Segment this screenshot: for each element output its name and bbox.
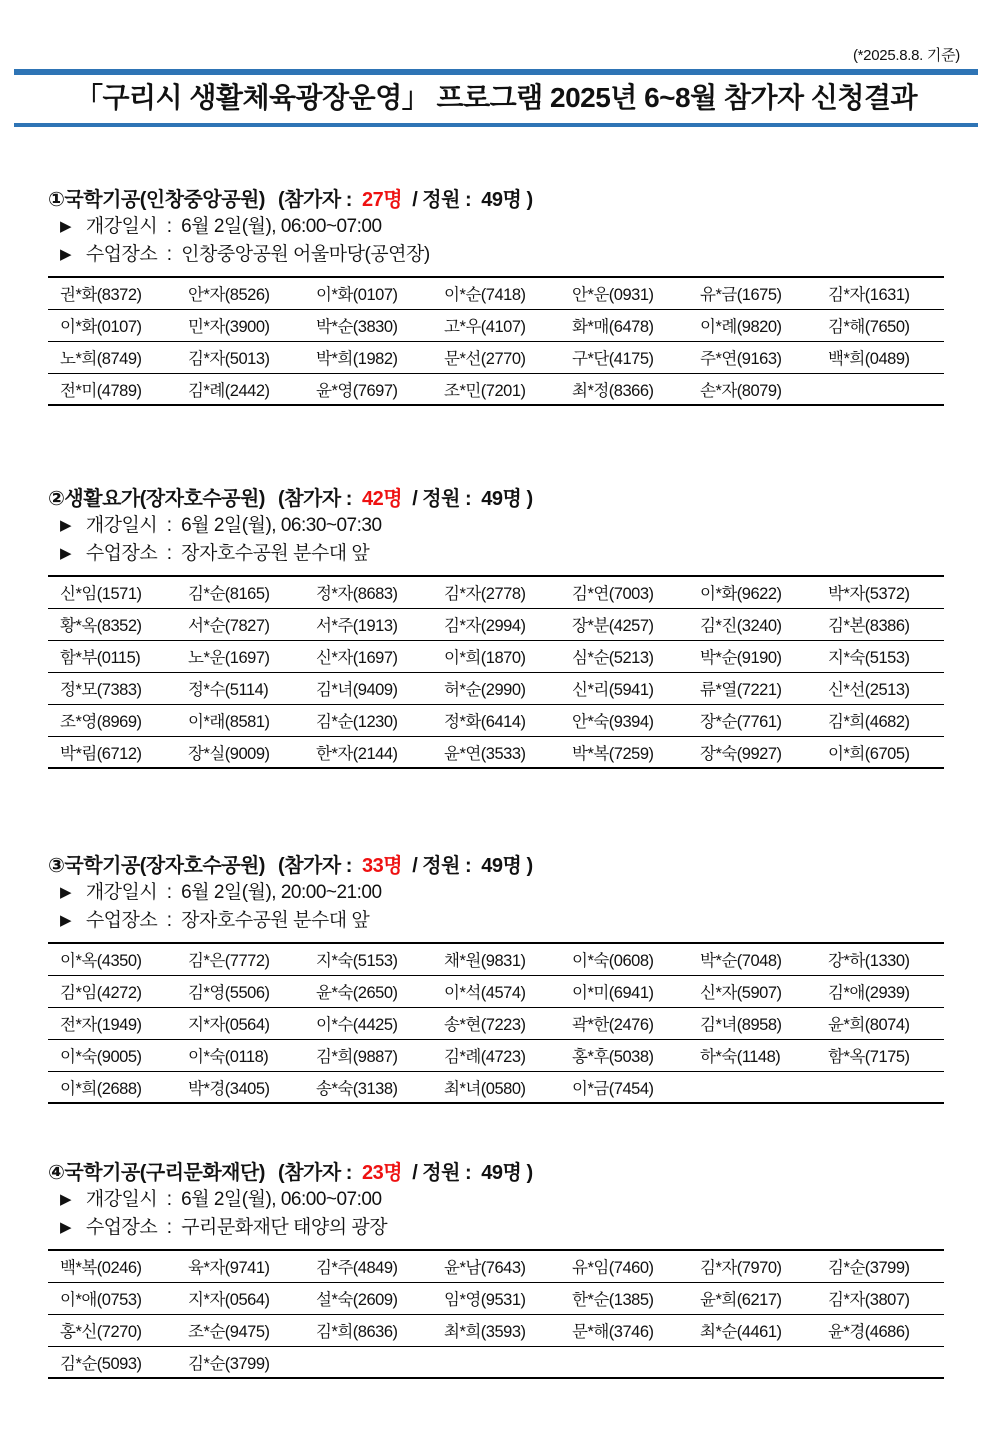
participant-row: 홍*신(7270)조*순(9475)김*희(8636)최*희(3593)문*해(… — [48, 1314, 944, 1346]
location-label: 수업장소 — [86, 244, 157, 265]
participant-cell: 홍*신(7270) — [48, 1314, 176, 1346]
participant-cell: 이*미(6941) — [560, 975, 688, 1007]
participant-cell: 노*운(1697) — [176, 640, 304, 672]
bullet-icon: ▶ — [60, 1219, 71, 1236]
participant-cell: 장*실(9009) — [176, 736, 304, 768]
bullet-icon: ▶ — [60, 246, 71, 263]
participant-cell: 심*순(5213) — [560, 640, 688, 672]
program-heading: ①국학기공(인창중앙공원) (참가자 : 27명 / 정원 : 49명 ) — [48, 187, 944, 213]
participant-cell: 박*순(9190) — [688, 640, 816, 672]
participant-cell: 손*자(8079) — [688, 373, 816, 405]
schedule-label: 개강일시 — [86, 1189, 157, 1210]
stats-mid-text: / 정원 : — [407, 488, 476, 510]
schedule-line: ▶ 개강일시 : 6월 2일(월), 20:00~21:00 — [48, 879, 944, 907]
participant-cell: 이*래(8581) — [176, 704, 304, 736]
participant-cell: 하*숙(1148) — [688, 1039, 816, 1071]
program-section: ③국학기공(장자호수공원) (참가자 : 33명 / 정원 : 49명 ) ▶ … — [48, 853, 944, 1104]
participants-count: 27명 — [362, 189, 402, 211]
participant-cell: 박*자(5372) — [816, 576, 944, 608]
capacity-count: 49명 — [481, 488, 521, 510]
bullet-icon: ▶ — [60, 1191, 71, 1208]
participants-count: 42명 — [362, 488, 402, 510]
participant-cell: 김*녀(9409) — [304, 672, 432, 704]
participant-cell: 이*숙(9005) — [48, 1039, 176, 1071]
participant-table-body: 백*복(0246)육*자(9741)김*주(4849)윤*남(7643)유*임(… — [48, 1250, 944, 1378]
participant-cell: 장*숙(9927) — [688, 736, 816, 768]
location-colon: : — [162, 1217, 176, 1238]
participant-table-body: 신*임(1571)김*순(8165)정*자(8683)김*자(2778)김*연(… — [48, 576, 944, 768]
participant-table-body: 권*화(8372)안*자(8526)이*화(0107)이*순(7418)안*운(… — [48, 277, 944, 405]
participant-cell: 백*복(0246) — [48, 1250, 176, 1282]
participant-cell: 신*선(2513) — [816, 672, 944, 704]
location-value: 장자호수공원 분수대 앞 — [181, 910, 369, 931]
participant-cell — [816, 1346, 944, 1378]
participant-cell — [688, 1071, 816, 1103]
participant-cell: 홍*후(5038) — [560, 1039, 688, 1071]
participant-cell: 이*순(7418) — [432, 277, 560, 309]
participant-cell: 김*순(1230) — [304, 704, 432, 736]
participant-cell: 유*금(1675) — [688, 277, 816, 309]
participants-count: 33명 — [362, 855, 402, 877]
participant-cell: 이*금(7454) — [560, 1071, 688, 1103]
participant-cell: 임*영(9531) — [432, 1282, 560, 1314]
participant-cell: 김*례(4723) — [432, 1039, 560, 1071]
participant-cell: 이*례(9820) — [688, 309, 816, 341]
participants-count: 23명 — [362, 1162, 402, 1184]
participant-cell: 채*원(9831) — [432, 943, 560, 975]
participant-cell: 황*옥(8352) — [48, 608, 176, 640]
reference-date: (*2025.8.8. 기준) — [48, 44, 960, 65]
participant-cell: 김*본(8386) — [816, 608, 944, 640]
participant-cell: 육*자(9741) — [176, 1250, 304, 1282]
participant-cell: 주*연(9163) — [688, 341, 816, 373]
stats-open-text: (참가자 : — [278, 855, 357, 877]
stats-mid-text: / 정원 : — [407, 189, 476, 211]
participant-cell: 전*자(1949) — [48, 1007, 176, 1039]
participant-cell: 서*순(7827) — [176, 608, 304, 640]
participant-row: 이*숙(9005)이*숙(0118)김*희(9887)김*례(4723)홍*후(… — [48, 1039, 944, 1071]
participant-cell: 김*자(2778) — [432, 576, 560, 608]
participant-cell: 안*자(8526) — [176, 277, 304, 309]
participant-cell: 지*숙(5153) — [816, 640, 944, 672]
participant-cell: 고*우(4107) — [432, 309, 560, 341]
participant-cell: 김*자(1631) — [816, 277, 944, 309]
participant-cell — [816, 373, 944, 405]
participant-cell: 민*자(3900) — [176, 309, 304, 341]
schedule-value: 6월 2일(월), 20:00~21:00 — [181, 882, 381, 903]
participant-cell: 이*화(0107) — [304, 277, 432, 309]
participant-cell: 이*화(9622) — [688, 576, 816, 608]
participant-cell: 김*연(7003) — [560, 576, 688, 608]
participant-cell: 김*해(7650) — [816, 309, 944, 341]
participant-cell: 한*순(1385) — [560, 1282, 688, 1314]
participant-cell: 박*순(3830) — [304, 309, 432, 341]
location-line: ▶ 수업장소 : 장자호수공원 분수대 앞 — [48, 540, 944, 568]
participant-cell: 허*순(2990) — [432, 672, 560, 704]
participant-row: 박*림(6712)장*실(9009)한*자(2144)윤*연(3533)박*복(… — [48, 736, 944, 768]
participant-cell: 조*순(9475) — [176, 1314, 304, 1346]
capacity-count: 49명 — [481, 1162, 521, 1184]
participant-cell: 함*부(0115) — [48, 640, 176, 672]
participant-cell: 문*선(2770) — [432, 341, 560, 373]
participant-cell: 박*복(7259) — [560, 736, 688, 768]
participant-row: 김*임(4272)김*영(5506)윤*숙(2650)이*석(4574)이*미(… — [48, 975, 944, 1007]
participant-cell: 신*자(1697) — [304, 640, 432, 672]
participant-cell: 이*숙(0608) — [560, 943, 688, 975]
participant-row: 황*옥(8352)서*순(7827)서*주(1913)김*자(2994)장*분(… — [48, 608, 944, 640]
participant-table: 신*임(1571)김*순(8165)정*자(8683)김*자(2778)김*연(… — [48, 575, 944, 769]
participant-row: 신*임(1571)김*순(8165)정*자(8683)김*자(2778)김*연(… — [48, 576, 944, 608]
participant-cell: 김*순(8165) — [176, 576, 304, 608]
participant-cell: 김*자(3807) — [816, 1282, 944, 1314]
location-value: 구리문화재단 태양의 광장 — [181, 1217, 387, 1238]
program-title: ④국학기공(구리문화재단) — [48, 1162, 265, 1184]
participant-cell: 김*순(5093) — [48, 1346, 176, 1378]
participant-cell — [304, 1346, 432, 1378]
capacity-count: 49명 — [481, 189, 521, 211]
participant-cell: 장*순(7761) — [688, 704, 816, 736]
stats-close-text: ) — [526, 488, 532, 510]
participant-cell: 이*옥(4350) — [48, 943, 176, 975]
participant-cell: 정*자(8683) — [304, 576, 432, 608]
participant-row: 전*미(4789)김*례(2442)윤*영(7697)조*민(7201)최*정(… — [48, 373, 944, 405]
document-page: (*2025.8.8. 기준) 「구리시 생활체육광장운영」 프로그램 2025… — [0, 44, 992, 1419]
participant-row: 함*부(0115)노*운(1697)신*자(1697)이*희(1870)심*순(… — [48, 640, 944, 672]
program-section: ①국학기공(인창중앙공원) (참가자 : 27명 / 정원 : 49명 ) ▶ … — [48, 187, 944, 406]
participant-cell: 윤*영(7697) — [304, 373, 432, 405]
participant-cell: 전*미(4789) — [48, 373, 176, 405]
participant-cell: 김*주(4849) — [304, 1250, 432, 1282]
participant-cell: 문*해(3746) — [560, 1314, 688, 1346]
participant-table-body: 이*옥(4350)김*은(7772)지*숙(5153)채*원(9831)이*숙(… — [48, 943, 944, 1103]
bullet-icon: ▶ — [60, 912, 71, 929]
participant-row: 권*화(8372)안*자(8526)이*화(0107)이*순(7418)안*운(… — [48, 277, 944, 309]
participant-cell: 이*희(6705) — [816, 736, 944, 768]
participant-cell: 안*운(0931) — [560, 277, 688, 309]
participant-row: 전*자(1949)지*자(0564)이*수(4425)송*현(7223)곽*한(… — [48, 1007, 944, 1039]
participant-cell: 이*숙(0118) — [176, 1039, 304, 1071]
stats-open-text: (참가자 : — [278, 1162, 357, 1184]
participant-cell: 화*매(6478) — [560, 309, 688, 341]
participant-cell: 이*애(0753) — [48, 1282, 176, 1314]
participant-table: 백*복(0246)육*자(9741)김*주(4849)윤*남(7643)유*임(… — [48, 1249, 944, 1379]
participant-row: 조*영(8969)이*래(8581)김*순(1230)정*화(6414)안*숙(… — [48, 704, 944, 736]
participant-cell: 박*순(7048) — [688, 943, 816, 975]
participant-cell: 최*희(3593) — [432, 1314, 560, 1346]
participant-cell: 김*희(9887) — [304, 1039, 432, 1071]
participant-cell: 유*임(7460) — [560, 1250, 688, 1282]
participant-cell: 박*경(3405) — [176, 1071, 304, 1103]
participant-row: 김*순(5093)김*순(3799) — [48, 1346, 944, 1378]
stats-open-text: (참가자 : — [278, 488, 357, 510]
schedule-colon: : — [162, 882, 176, 903]
location-line: ▶ 수업장소 : 장자호수공원 분수대 앞 — [48, 907, 944, 935]
participant-cell: 박*림(6712) — [48, 736, 176, 768]
participant-cell: 김*은(7772) — [176, 943, 304, 975]
participant-cell: 조*영(8969) — [48, 704, 176, 736]
stats-mid-text: / 정원 : — [407, 1162, 476, 1184]
schedule-value: 6월 2일(월), 06:30~07:30 — [181, 515, 381, 536]
participant-cell: 이*수(4425) — [304, 1007, 432, 1039]
schedule-value: 6월 2일(월), 06:00~07:00 — [181, 1189, 381, 1210]
participant-cell: 정*모(7383) — [48, 672, 176, 704]
participant-cell: 백*희(0489) — [816, 341, 944, 373]
participant-cell: 김*녀(8958) — [688, 1007, 816, 1039]
participant-cell: 김*자(5013) — [176, 341, 304, 373]
participant-cell: 구*단(4175) — [560, 341, 688, 373]
participant-cell: 송*숙(3138) — [304, 1071, 432, 1103]
participant-cell — [560, 1346, 688, 1378]
participant-cell: 윤*경(4686) — [816, 1314, 944, 1346]
stats-close-text: ) — [526, 189, 532, 211]
participant-cell: 정*화(6414) — [432, 704, 560, 736]
participant-row: 노*희(8749)김*자(5013)박*희(1982)문*선(2770)구*단(… — [48, 341, 944, 373]
participant-cell: 송*현(7223) — [432, 1007, 560, 1039]
schedule-colon: : — [162, 515, 176, 536]
participant-row: 백*복(0246)육*자(9741)김*주(4849)윤*남(7643)유*임(… — [48, 1250, 944, 1282]
stats-open-text: (참가자 : — [278, 189, 357, 211]
participant-cell: 최*정(8366) — [560, 373, 688, 405]
participant-cell: 윤*희(6217) — [688, 1282, 816, 1314]
participant-cell: 김*순(3799) — [816, 1250, 944, 1282]
participant-cell: 지*숙(5153) — [304, 943, 432, 975]
program-sections: ①국학기공(인창중앙공원) (참가자 : 27명 / 정원 : 49명 ) ▶ … — [48, 187, 944, 1379]
participant-cell: 김*희(4682) — [816, 704, 944, 736]
schedule-line: ▶ 개강일시 : 6월 2일(월), 06:00~07:00 — [48, 1186, 944, 1214]
schedule-colon: : — [162, 216, 176, 237]
participant-cell: 윤*연(3533) — [432, 736, 560, 768]
location-colon: : — [162, 244, 176, 265]
participant-cell: 박*희(1982) — [304, 341, 432, 373]
location-label: 수업장소 — [86, 543, 157, 564]
location-value: 장자호수공원 분수대 앞 — [181, 543, 369, 564]
participant-cell: 이*희(1870) — [432, 640, 560, 672]
schedule-value: 6월 2일(월), 06:00~07:00 — [181, 216, 381, 237]
participant-cell: 노*희(8749) — [48, 341, 176, 373]
location-value: 인창중앙공원 어울마당(공연장) — [181, 244, 430, 265]
participant-cell: 류*열(7221) — [688, 672, 816, 704]
participant-cell: 김*진(3240) — [688, 608, 816, 640]
participant-cell: 신*자(5907) — [688, 975, 816, 1007]
participant-cell — [688, 1346, 816, 1378]
program-section: ④국학기공(구리문화재단) (참가자 : 23명 / 정원 : 49명 ) ▶ … — [48, 1160, 944, 1379]
program-heading: ③국학기공(장자호수공원) (참가자 : 33명 / 정원 : 49명 ) — [48, 853, 944, 879]
bullet-icon: ▶ — [60, 884, 71, 901]
participant-cell: 정*수(5114) — [176, 672, 304, 704]
document-title: 「구리시 생활체육광장운영」 프로그램 2025년 6~8월 참가자 신청결과 — [20, 80, 972, 116]
participant-cell: 신*리(5941) — [560, 672, 688, 704]
participant-cell: 권*화(8372) — [48, 277, 176, 309]
program-heading: ④국학기공(구리문화재단) (참가자 : 23명 / 정원 : 49명 ) — [48, 1160, 944, 1186]
participant-cell: 설*숙(2609) — [304, 1282, 432, 1314]
stats-mid-text: / 정원 : — [407, 855, 476, 877]
participant-row: 이*옥(4350)김*은(7772)지*숙(5153)채*원(9831)이*숙(… — [48, 943, 944, 975]
schedule-line: ▶ 개강일시 : 6월 2일(월), 06:30~07:30 — [48, 512, 944, 540]
participant-row: 정*모(7383)정*수(5114)김*녀(9409)허*순(2990)신*리(… — [48, 672, 944, 704]
program-heading: ②생활요가(장자호수공원) (참가자 : 42명 / 정원 : 49명 ) — [48, 486, 944, 512]
participant-cell: 이*희(2688) — [48, 1071, 176, 1103]
participant-cell: 지*자(0564) — [176, 1282, 304, 1314]
participant-row: 이*화(0107)민*자(3900)박*순(3830)고*우(4107)화*매(… — [48, 309, 944, 341]
schedule-label: 개강일시 — [86, 882, 157, 903]
participant-cell: 함*옥(7175) — [816, 1039, 944, 1071]
location-label: 수업장소 — [86, 1217, 157, 1238]
participant-cell: 김*순(3799) — [176, 1346, 304, 1378]
schedule-line: ▶ 개강일시 : 6월 2일(월), 06:00~07:00 — [48, 213, 944, 241]
participant-cell: 강*하(1330) — [816, 943, 944, 975]
participant-cell: 윤*희(8074) — [816, 1007, 944, 1039]
program-section: ②생활요가(장자호수공원) (참가자 : 42명 / 정원 : 49명 ) ▶ … — [48, 486, 944, 769]
participant-table: 이*옥(4350)김*은(7772)지*숙(5153)채*원(9831)이*숙(… — [48, 942, 944, 1104]
participant-cell: 최*순(4461) — [688, 1314, 816, 1346]
participant-cell: 신*임(1571) — [48, 576, 176, 608]
participant-cell: 최*녀(0580) — [432, 1071, 560, 1103]
participant-cell: 김*임(4272) — [48, 975, 176, 1007]
participant-cell: 조*민(7201) — [432, 373, 560, 405]
schedule-label: 개강일시 — [86, 515, 157, 536]
participant-cell — [816, 1071, 944, 1103]
location-label: 수업장소 — [86, 910, 157, 931]
participant-cell: 김*례(2442) — [176, 373, 304, 405]
participant-cell: 이*화(0107) — [48, 309, 176, 341]
program-title: ②생활요가(장자호수공원) — [48, 488, 265, 510]
participant-cell: 윤*숙(2650) — [304, 975, 432, 1007]
location-colon: : — [162, 910, 176, 931]
schedule-colon: : — [162, 1189, 176, 1210]
program-title: ①국학기공(인창중앙공원) — [48, 189, 265, 211]
participant-cell — [432, 1346, 560, 1378]
participant-cell: 윤*남(7643) — [432, 1250, 560, 1282]
participant-cell: 이*석(4574) — [432, 975, 560, 1007]
participant-row: 이*희(2688)박*경(3405)송*숙(3138)최*녀(0580)이*금(… — [48, 1071, 944, 1103]
participant-cell: 김*희(8636) — [304, 1314, 432, 1346]
program-title: ③국학기공(장자호수공원) — [48, 855, 265, 877]
participant-cell: 장*분(4257) — [560, 608, 688, 640]
participant-row: 이*애(0753)지*자(0564)설*숙(2609)임*영(9531)한*순(… — [48, 1282, 944, 1314]
participant-cell: 서*주(1913) — [304, 608, 432, 640]
participant-cell: 김*자(2994) — [432, 608, 560, 640]
bullet-icon: ▶ — [60, 517, 71, 534]
stats-close-text: ) — [526, 855, 532, 877]
participant-cell: 한*자(2144) — [304, 736, 432, 768]
schedule-label: 개강일시 — [86, 216, 157, 237]
location-line: ▶ 수업장소 : 구리문화재단 태양의 광장 — [48, 1214, 944, 1242]
participant-cell: 김*자(7970) — [688, 1250, 816, 1282]
participant-cell: 지*자(0564) — [176, 1007, 304, 1039]
participant-table: 권*화(8372)안*자(8526)이*화(0107)이*순(7418)안*운(… — [48, 276, 944, 406]
capacity-count: 49명 — [481, 855, 521, 877]
location-line: ▶ 수업장소 : 인창중앙공원 어울마당(공연장) — [48, 241, 944, 269]
bullet-icon: ▶ — [60, 545, 71, 562]
participant-cell: 안*숙(9394) — [560, 704, 688, 736]
location-colon: : — [162, 543, 176, 564]
participant-cell: 김*애(2939) — [816, 975, 944, 1007]
participant-cell: 김*영(5506) — [176, 975, 304, 1007]
participant-cell: 곽*한(2476) — [560, 1007, 688, 1039]
stats-close-text: ) — [526, 1162, 532, 1184]
document-title-band: 「구리시 생활체육광장운영」 프로그램 2025년 6~8월 참가자 신청결과 — [14, 69, 978, 127]
bullet-icon: ▶ — [60, 218, 71, 235]
